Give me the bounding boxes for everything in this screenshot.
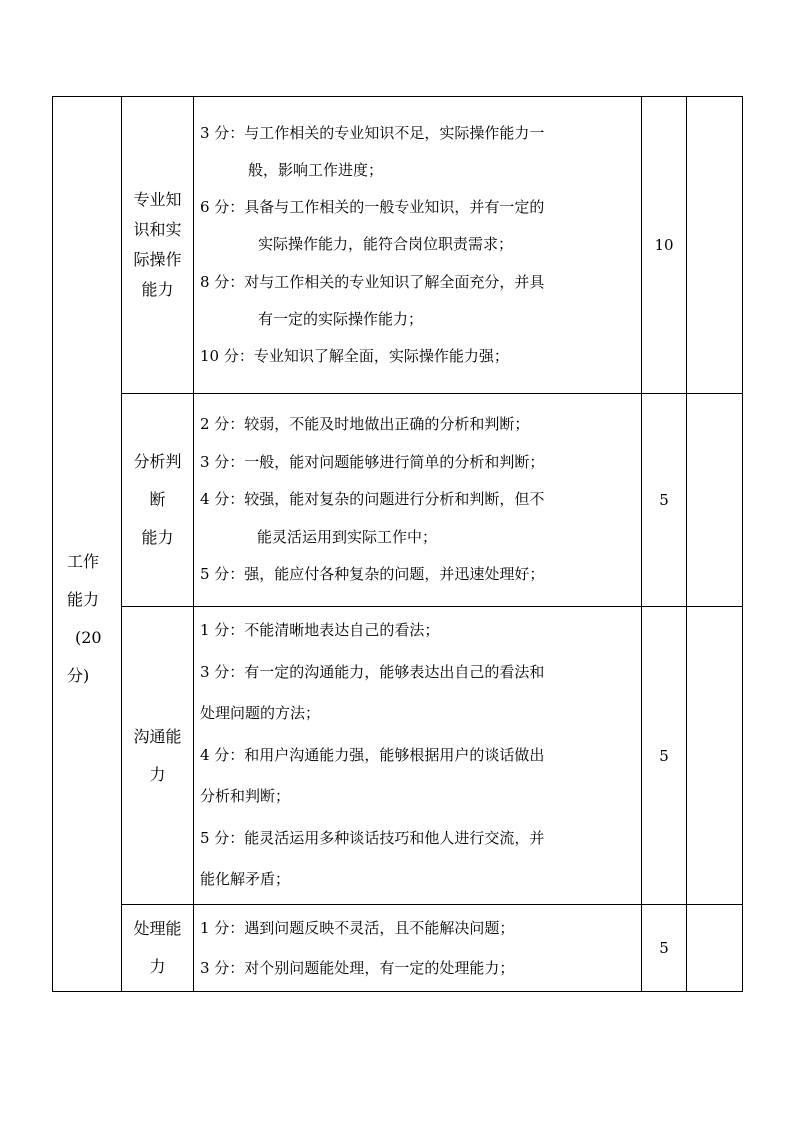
category-label-line: (20 (67, 619, 121, 657)
criteria-line: 能灵活运用到实际工作中； (200, 519, 635, 557)
sub-item-cell: 处理能 力 (122, 905, 194, 992)
sub-item-cell: 分析判 断 能力 (122, 394, 194, 607)
criteria-line: 1 分：不能清晰地表达自己的看法； (200, 610, 635, 652)
category-label-line: 能力 (67, 581, 121, 619)
category-label-line: 分) (67, 657, 121, 695)
criteria-line: 3 分：一般，能对问题能够进行简单的分析和判断； (200, 444, 635, 482)
criteria-line: 2 分：较弱，不能及时地做出正确的分析和判断； (200, 406, 635, 444)
criteria-cell: 2 分：较弱，不能及时地做出正确的分析和判断； 3 分：一般，能对问题能够进行简… (194, 394, 642, 607)
criteria-line: 8 分：对与工作相关的专业知识了解全面充分，并具 (200, 264, 635, 301)
criteria-line: 实际操作能力，能符合岗位职责需求； (200, 226, 635, 263)
actual-score-cell[interactable] (687, 905, 743, 992)
score-cell: 5 (642, 607, 687, 905)
sub-item-label-line: 际操作 (122, 245, 193, 275)
evaluation-table: 工作 能力 (20 分) 专业知 识和实 际操作 能力 3 分：与工作相关的专业… (52, 96, 743, 992)
score-cell: 5 (642, 905, 687, 992)
criteria-line: 6 分：具备与工作相关的一般专业知识，并有一定的 (200, 189, 635, 226)
criteria-line: 1 分：遇到问题反映不灵活，且不能解决问题； (200, 908, 635, 948)
table-row-professional-knowledge: 工作 能力 (20 分) 专业知 识和实 际操作 能力 3 分：与工作相关的专业… (53, 97, 743, 394)
criteria-line: 5 分：能灵活运用多种谈话技巧和他人进行交流，并 (200, 818, 635, 860)
score-cell: 10 (642, 97, 687, 394)
criteria-cell: 1 分：不能清晰地表达自己的看法； 3 分：有一定的沟通能力，能够表达出自己的看… (194, 607, 642, 905)
sub-item-label-line: 力 (122, 948, 193, 986)
criteria-line: 10 分：专业知识了解全面，实际操作能力强； (200, 338, 635, 375)
criteria-line: 3 分：对个别问题能处理，有一定的处理能力； (200, 948, 635, 988)
sub-item-label-line: 处理能 (122, 910, 193, 948)
sub-item-label-line: 力 (122, 756, 193, 794)
sub-item-label-line: 专业知 (122, 185, 193, 215)
sub-item-label-line: 能力 (122, 275, 193, 305)
sub-item-cell: 沟通能 力 (122, 607, 194, 905)
criteria-line: 3 分：与工作相关的专业知识不足，实际操作能力一 (200, 115, 635, 152)
sub-item-label-line: 能力 (122, 519, 193, 557)
actual-score-cell[interactable] (687, 97, 743, 394)
sub-item-label-line: 识和实 (122, 215, 193, 245)
sub-item-cell: 专业知 识和实 际操作 能力 (122, 97, 194, 394)
criteria-line: 处理问题的方法； (200, 693, 635, 735)
score-cell: 5 (642, 394, 687, 607)
actual-score-cell[interactable] (687, 394, 743, 607)
category-label-line: 工作 (67, 543, 121, 581)
sub-item-label-line: 分析判 (122, 443, 193, 481)
table-row-analysis-judgment: 分析判 断 能力 2 分：较弱，不能及时地做出正确的分析和判断； 3 分：一般，… (53, 394, 743, 607)
document-page: 工作 能力 (20 分) 专业知 识和实 际操作 能力 3 分：与工作相关的专业… (0, 0, 793, 1122)
criteria-line: 5 分：强，能应付各种复杂的问题，并迅速处理好； (200, 556, 635, 594)
criteria-cell: 1 分：遇到问题反映不灵活，且不能解决问题； 3 分：对个别问题能处理，有一定的… (194, 905, 642, 992)
category-cell-work-ability: 工作 能力 (20 分) (53, 97, 122, 992)
table-row-handling: 处理能 力 1 分：遇到问题反映不灵活，且不能解决问题； 3 分：对个别问题能处… (53, 905, 743, 992)
table-row-communication: 沟通能 力 1 分：不能清晰地表达自己的看法； 3 分：有一定的沟通能力，能够表… (53, 607, 743, 905)
criteria-line: 能化解矛盾； (200, 859, 635, 901)
sub-item-label-line: 断 (122, 481, 193, 519)
criteria-cell: 3 分：与工作相关的专业知识不足，实际操作能力一 般，影响工作进度； 6 分：具… (194, 97, 642, 394)
criteria-line: 分析和判断； (200, 776, 635, 818)
criteria-line: 般，影响工作进度； (200, 152, 635, 189)
sub-item-label-line: 沟通能 (122, 718, 193, 756)
criteria-line: 4 分：较强，能对复杂的问题进行分析和判断，但不 (200, 481, 635, 519)
criteria-line: 3 分：有一定的沟通能力，能够表达出自己的看法和 (200, 652, 635, 694)
criteria-line: 4 分：和用户沟通能力强，能够根据用户的谈话做出 (200, 735, 635, 777)
actual-score-cell[interactable] (687, 607, 743, 905)
criteria-line: 有一定的实际操作能力； (200, 301, 635, 338)
